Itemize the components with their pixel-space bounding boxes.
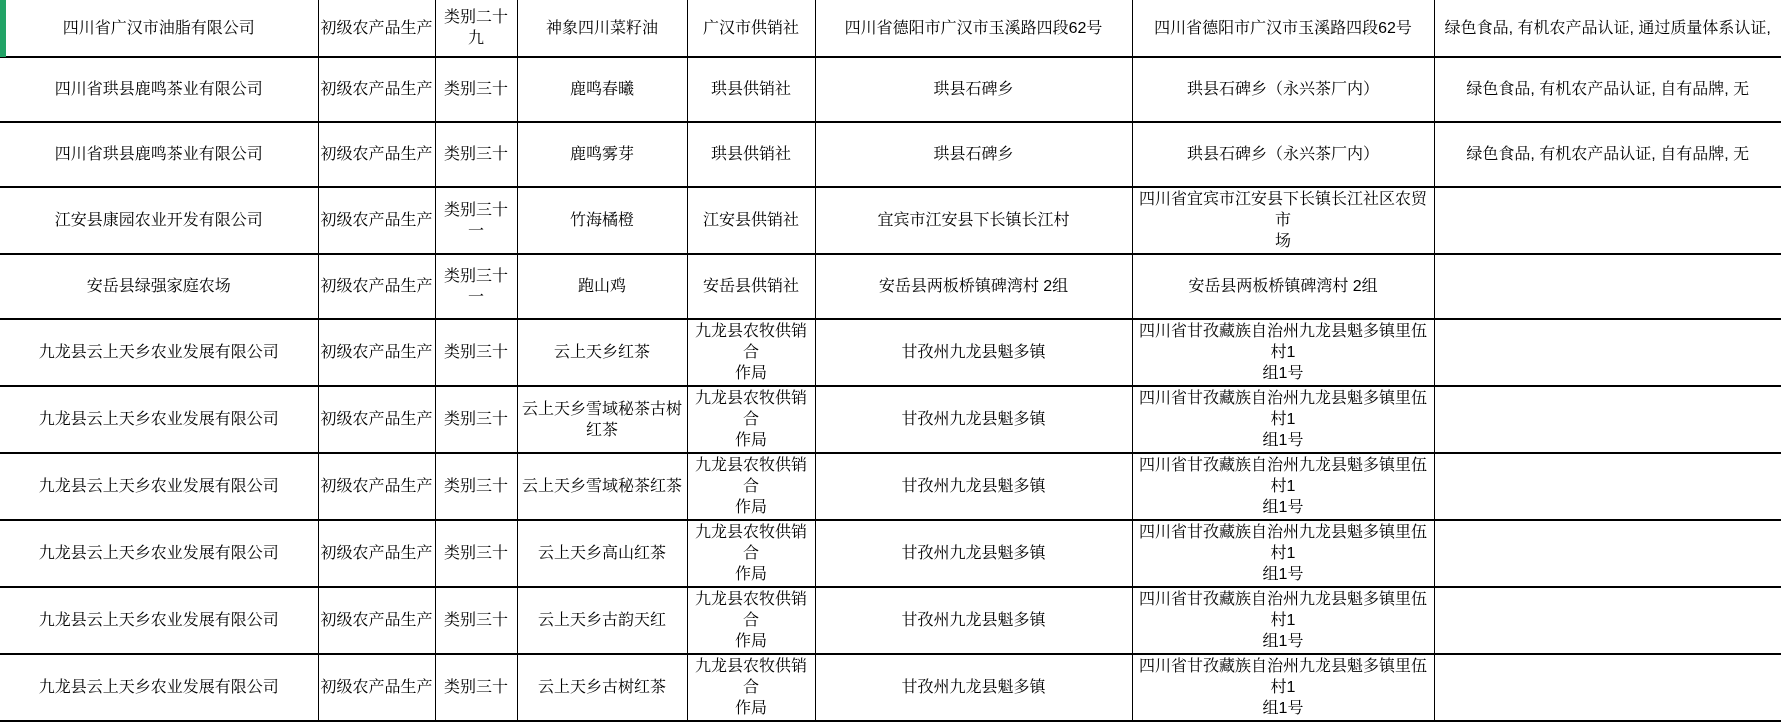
cell-address-1[interactable]: 珙县石碑乡 [815, 122, 1132, 187]
cell-product[interactable]: 鹿鸣雾芽 [517, 122, 687, 187]
cell-address-2[interactable]: 四川省甘孜藏族自治州九龙县魁多镇里伍村1 组1号 [1132, 453, 1434, 520]
cell-category[interactable]: 类别三十 [435, 57, 517, 122]
cell-business-type[interactable]: 初级农产品生产 [318, 57, 435, 122]
cell-product[interactable]: 跑山鸡 [517, 254, 687, 319]
cell-coop-org[interactable]: 安岳县供销社 [687, 254, 815, 319]
cell-category[interactable]: 类别三十 [435, 122, 517, 187]
cell-coop-org[interactable]: 九龙县农牧供销合 作局 [687, 386, 815, 453]
cell-category[interactable]: 类别三十 [435, 319, 517, 386]
table-row: 九龙县云上天乡农业发展有限公司初级农产品生产类别三十云上天乡雪域秘茶古树 红茶九… [0, 386, 1781, 453]
table-row: 九龙县云上天乡农业发展有限公司初级农产品生产类别三十云上天乡古树红茶九龙县农牧供… [0, 654, 1781, 721]
cell-certification[interactable] [1434, 386, 1781, 453]
table-row: 九龙县云上天乡农业发展有限公司初级农产品生产类别三十云上天乡古韵天红九龙县农牧供… [0, 587, 1781, 654]
cell-address-2[interactable]: 四川省甘孜藏族自治州九龙县魁多镇里伍村1 组1号 [1132, 386, 1434, 453]
cell-certification[interactable] [1434, 453, 1781, 520]
cell-company[interactable]: 九龙县云上天乡农业发展有限公司 [0, 319, 318, 386]
cell-business-type[interactable]: 初级农产品生产 [318, 587, 435, 654]
records-table: 四川省广汉市油脂有限公司初级农产品生产类别二十九神象四川菜籽油广汉市供销社四川省… [0, 0, 1781, 722]
cell-product[interactable]: 云上天乡高山红茶 [517, 520, 687, 587]
cell-product[interactable]: 云上天乡雪域秘茶古树 红茶 [517, 386, 687, 453]
spreadsheet-viewport: 四川省广汉市油脂有限公司初级农产品生产类别二十九神象四川菜籽油广汉市供销社四川省… [0, 0, 1781, 725]
table-row: 九龙县云上天乡农业发展有限公司初级农产品生产类别三十云上天乡高山红茶九龙县农牧供… [0, 520, 1781, 587]
cell-coop-org[interactable]: 九龙县农牧供销合 作局 [687, 319, 815, 386]
cell-address-2[interactable]: 四川省甘孜藏族自治州九龙县魁多镇里伍村1 组1号 [1132, 587, 1434, 654]
cell-address-1[interactable]: 宜宾市江安县下长镇长江村 [815, 187, 1132, 254]
cell-company[interactable]: 四川省珙县鹿鸣茶业有限公司 [0, 57, 318, 122]
cell-category[interactable]: 类别三十一 [435, 254, 517, 319]
cell-certification[interactable]: 绿色食品, 有机农产品认证, 自有品牌, 无 [1434, 57, 1781, 122]
cell-certification[interactable] [1434, 187, 1781, 254]
cell-coop-org[interactable]: 广汉市供销社 [687, 0, 815, 57]
cell-company[interactable]: 四川省珙县鹿鸣茶业有限公司 [0, 122, 318, 187]
cell-company[interactable]: 九龙县云上天乡农业发展有限公司 [0, 453, 318, 520]
cell-address-1[interactable]: 珙县石碑乡 [815, 57, 1132, 122]
cell-certification[interactable]: 绿色食品, 有机农产品认证, 通过质量体系认证, [1434, 0, 1781, 57]
cell-coop-org[interactable]: 江安县供销社 [687, 187, 815, 254]
cell-coop-org[interactable]: 九龙县农牧供销合 作局 [687, 587, 815, 654]
cell-certification[interactable] [1434, 319, 1781, 386]
cell-certification[interactable] [1434, 587, 1781, 654]
cell-coop-org[interactable]: 九龙县农牧供销合 作局 [687, 520, 815, 587]
table-row: 安岳县绿强家庭农场初级农产品生产类别三十一跑山鸡安岳县供销社安岳县两板桥镇碑湾村… [0, 254, 1781, 319]
cell-coop-org[interactable]: 珙县供销社 [687, 57, 815, 122]
cell-address-2[interactable]: 四川省德阳市广汉市玉溪路四段62号 [1132, 0, 1434, 57]
cell-product[interactable]: 神象四川菜籽油 [517, 0, 687, 57]
cell-address-1[interactable]: 甘孜州九龙县魁多镇 [815, 587, 1132, 654]
cell-address-2[interactable]: 四川省甘孜藏族自治州九龙县魁多镇里伍村1 组1号 [1132, 654, 1434, 721]
table-row: 四川省珙县鹿鸣茶业有限公司初级农产品生产类别三十鹿鸣春曦珙县供销社珙县石碑乡珙县… [0, 57, 1781, 122]
cell-business-type[interactable]: 初级农产品生产 [318, 0, 435, 57]
cell-address-1[interactable]: 甘孜州九龙县魁多镇 [815, 654, 1132, 721]
cell-business-type[interactable]: 初级农产品生产 [318, 386, 435, 453]
cell-address-2[interactable]: 珙县石碑乡（永兴茶厂内） [1132, 57, 1434, 122]
cell-business-type[interactable]: 初级农产品生产 [318, 122, 435, 187]
cell-address-2[interactable]: 珙县石碑乡（永兴茶厂内） [1132, 122, 1434, 187]
cell-company[interactable]: 四川省广汉市油脂有限公司 [0, 0, 318, 57]
cell-product[interactable]: 云上天乡红茶 [517, 319, 687, 386]
cell-address-1[interactable]: 安岳县两板桥镇碑湾村 2组 [815, 254, 1132, 319]
cell-category[interactable]: 类别三十 [435, 386, 517, 453]
cell-certification[interactable] [1434, 520, 1781, 587]
cell-company[interactable]: 江安县康园农业开发有限公司 [0, 187, 318, 254]
cell-business-type[interactable]: 初级农产品生产 [318, 654, 435, 721]
cell-category[interactable]: 类别三十 [435, 453, 517, 520]
cell-coop-org[interactable]: 九龙县农牧供销合 作局 [687, 453, 815, 520]
row-selection-accent-bar [0, 0, 6, 57]
table-row: 江安县康园农业开发有限公司初级农产品生产类别三十一竹海橘橙江安县供销社宜宾市江安… [0, 187, 1781, 254]
cell-business-type[interactable]: 初级农产品生产 [318, 319, 435, 386]
cell-product[interactable]: 云上天乡雪域秘茶红茶 [517, 453, 687, 520]
cell-product[interactable]: 竹海橘橙 [517, 187, 687, 254]
cell-address-2[interactable]: 四川省甘孜藏族自治州九龙县魁多镇里伍村1 组1号 [1132, 520, 1434, 587]
cell-address-1[interactable]: 甘孜州九龙县魁多镇 [815, 453, 1132, 520]
table-row: 四川省珙县鹿鸣茶业有限公司初级农产品生产类别三十鹿鸣雾芽珙县供销社珙县石碑乡珙县… [0, 122, 1781, 187]
cell-address-1[interactable]: 甘孜州九龙县魁多镇 [815, 386, 1132, 453]
cell-coop-org[interactable]: 九龙县农牧供销合 作局 [687, 654, 815, 721]
cell-business-type[interactable]: 初级农产品生产 [318, 453, 435, 520]
cell-address-2[interactable]: 安岳县两板桥镇碑湾村 2组 [1132, 254, 1434, 319]
cell-company[interactable]: 安岳县绿强家庭农场 [0, 254, 318, 319]
cell-company[interactable]: 九龙县云上天乡农业发展有限公司 [0, 386, 318, 453]
cell-company[interactable]: 九龙县云上天乡农业发展有限公司 [0, 520, 318, 587]
cell-category[interactable]: 类别三十 [435, 654, 517, 721]
cell-company[interactable]: 九龙县云上天乡农业发展有限公司 [0, 587, 318, 654]
cell-address-1[interactable]: 甘孜州九龙县魁多镇 [815, 520, 1132, 587]
cell-company[interactable]: 九龙县云上天乡农业发展有限公司 [0, 654, 318, 721]
cell-address-2[interactable]: 四川省宜宾市江安县下长镇长江社区农贸市 场 [1132, 187, 1434, 254]
cell-certification[interactable] [1434, 654, 1781, 721]
cell-business-type[interactable]: 初级农产品生产 [318, 187, 435, 254]
cell-coop-org[interactable]: 珙县供销社 [687, 122, 815, 187]
cell-certification[interactable] [1434, 254, 1781, 319]
cell-business-type[interactable]: 初级农产品生产 [318, 254, 435, 319]
cell-certification[interactable]: 绿色食品, 有机农产品认证, 自有品牌, 无 [1434, 122, 1781, 187]
cell-category[interactable]: 类别三十一 [435, 187, 517, 254]
cell-category[interactable]: 类别二十九 [435, 0, 517, 57]
cell-address-1[interactable]: 甘孜州九龙县魁多镇 [815, 319, 1132, 386]
cell-product[interactable]: 鹿鸣春曦 [517, 57, 687, 122]
cell-address-2[interactable]: 四川省甘孜藏族自治州九龙县魁多镇里伍村1 组1号 [1132, 319, 1434, 386]
cell-product[interactable]: 云上天乡古树红茶 [517, 654, 687, 721]
cell-product[interactable]: 云上天乡古韵天红 [517, 587, 687, 654]
cell-category[interactable]: 类别三十 [435, 520, 517, 587]
cell-category[interactable]: 类别三十 [435, 587, 517, 654]
cell-business-type[interactable]: 初级农产品生产 [318, 520, 435, 587]
table-row: 四川省广汉市油脂有限公司初级农产品生产类别二十九神象四川菜籽油广汉市供销社四川省… [0, 0, 1781, 57]
table-row: 九龙县云上天乡农业发展有限公司初级农产品生产类别三十云上天乡雪域秘茶红茶九龙县农… [0, 453, 1781, 520]
table-row: 九龙县云上天乡农业发展有限公司初级农产品生产类别三十云上天乡红茶九龙县农牧供销合… [0, 319, 1781, 386]
cell-address-1[interactable]: 四川省德阳市广汉市玉溪路四段62号 [815, 0, 1132, 57]
